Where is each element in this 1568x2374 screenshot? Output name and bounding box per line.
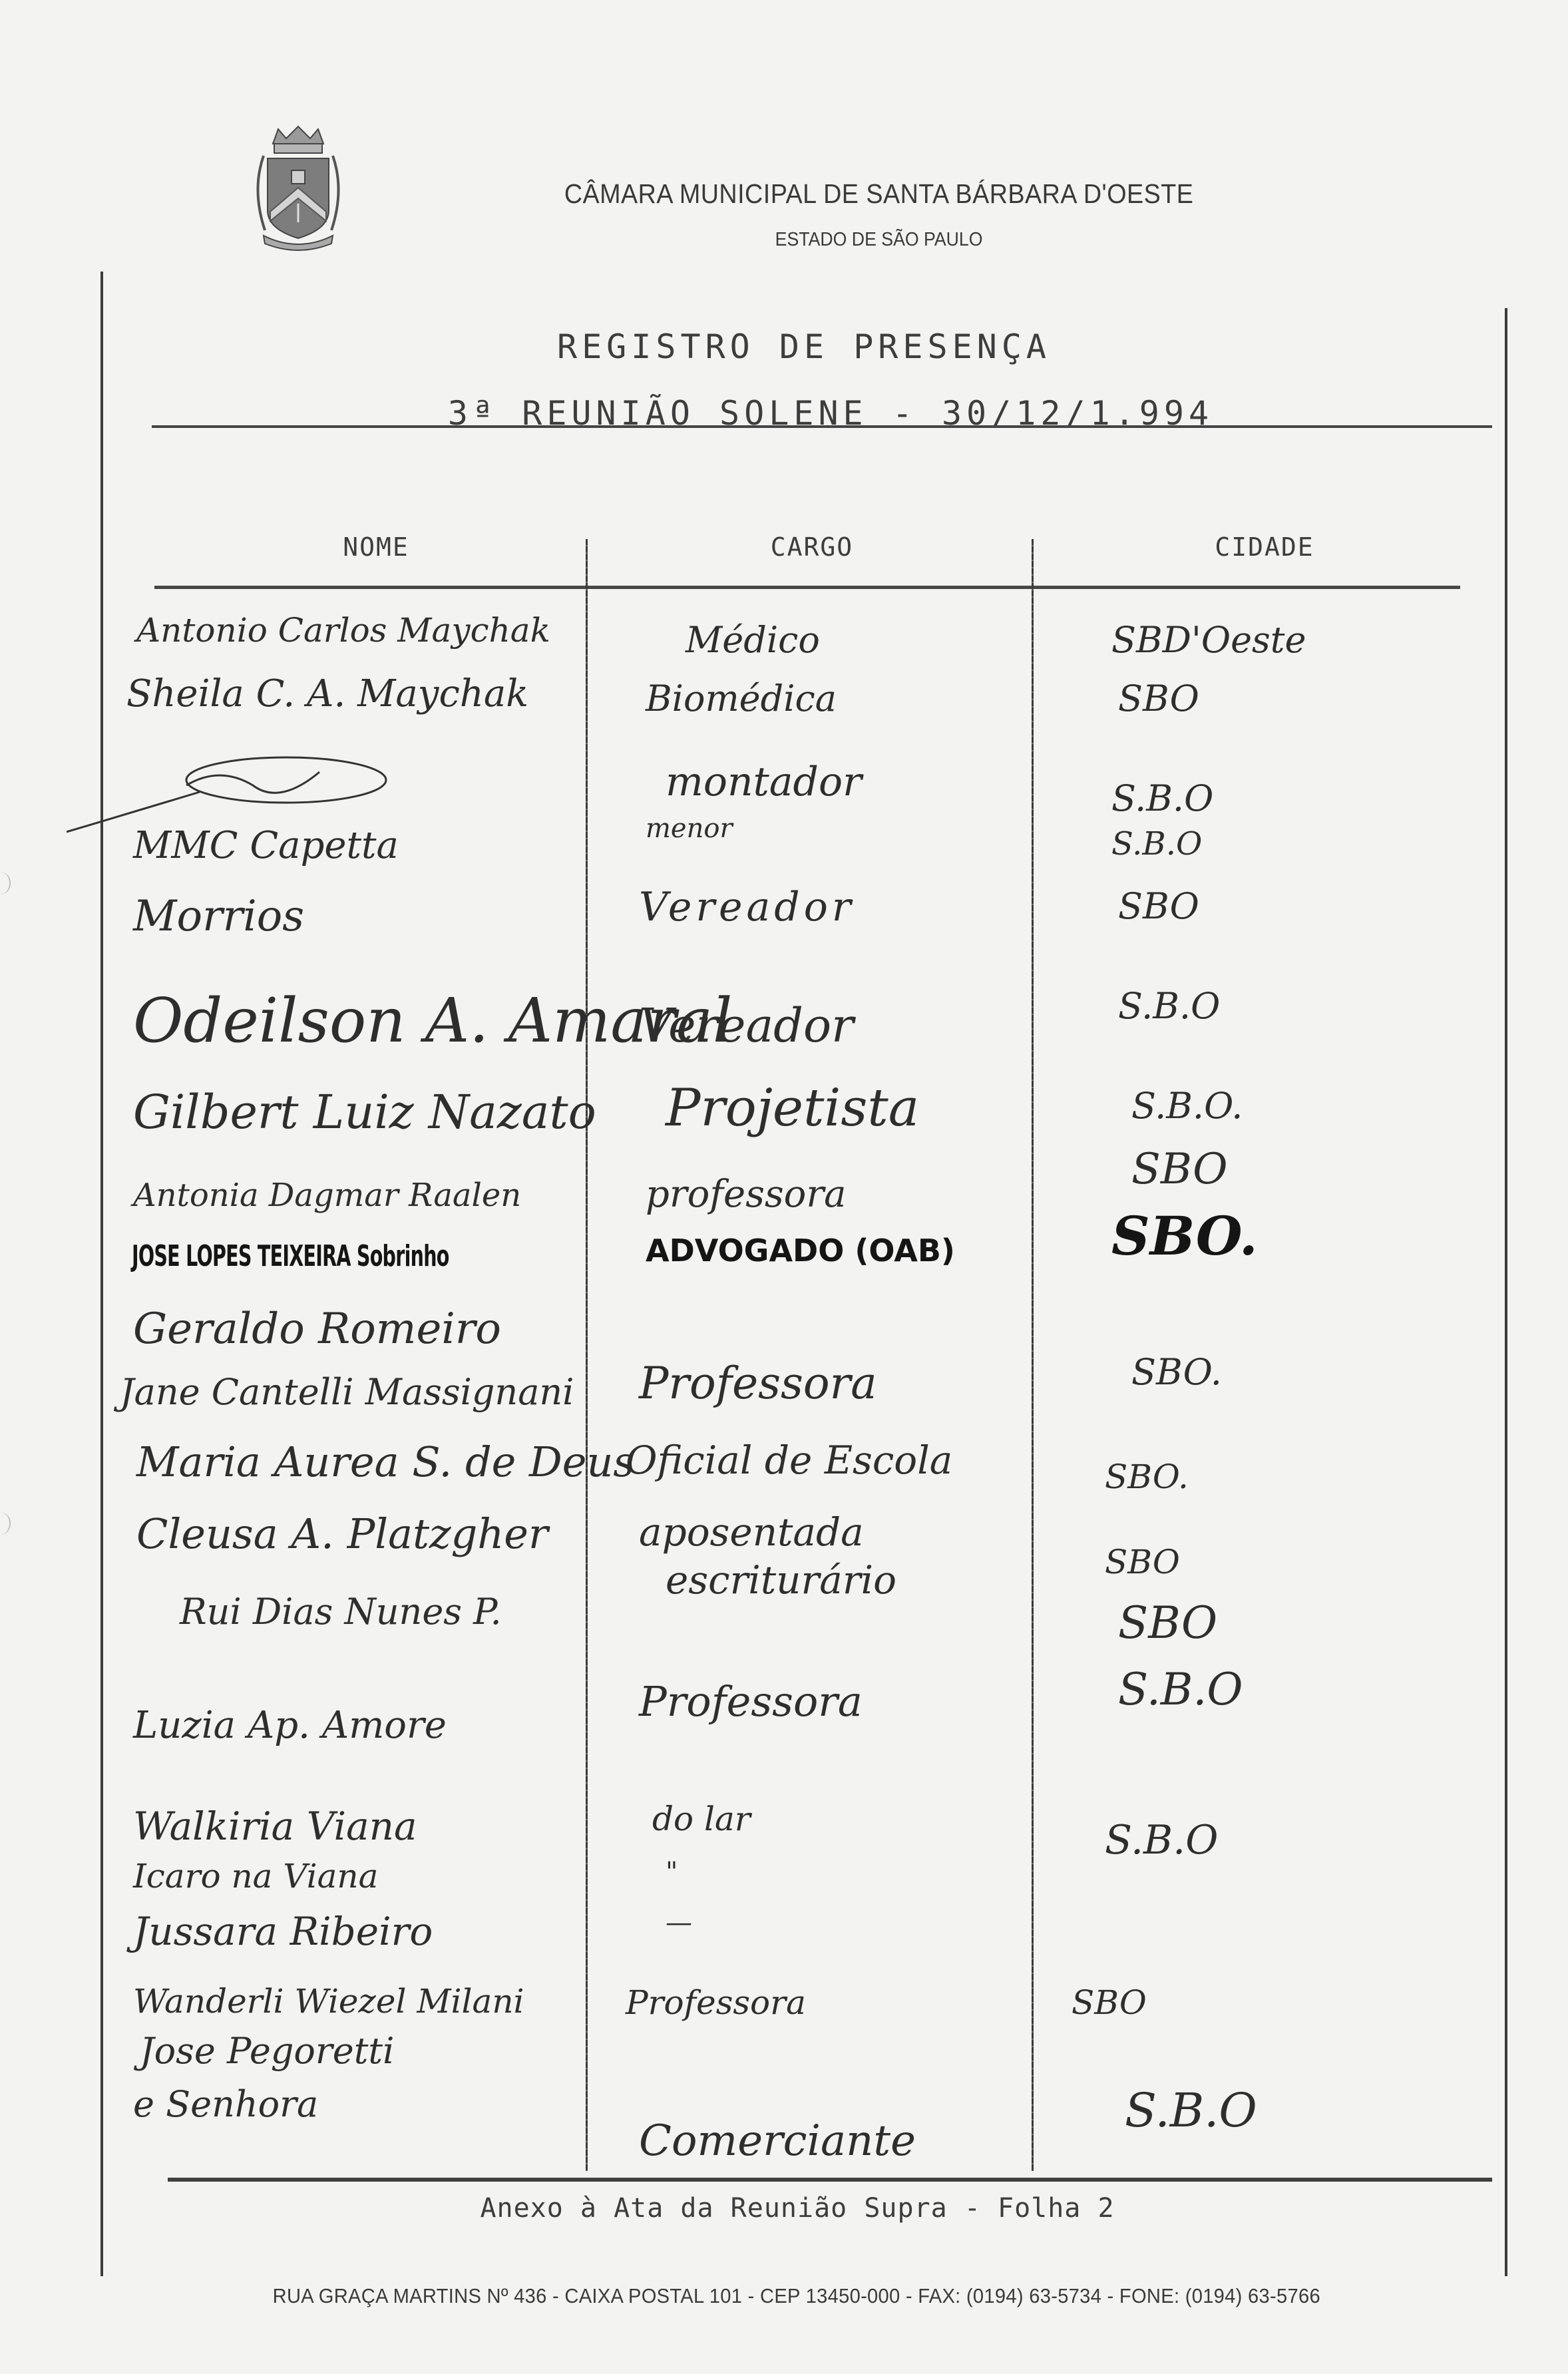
cell-nome: Jane Cantelli Massignani [120, 1371, 574, 1413]
cell-cidade: SBO. [1105, 1458, 1189, 1496]
cell-cidade: S.B.O [1118, 985, 1220, 1027]
cell-cidade: SBO [1131, 1145, 1228, 1194]
cell-cidade: SBD'Oeste [1111, 619, 1306, 661]
cell-nome: Antonia Dagmar Raalen [133, 1177, 521, 1214]
frame-border-left [100, 272, 103, 2276]
cell-cidade: S.B.O [1111, 777, 1213, 819]
session-underline [152, 425, 1492, 428]
header-rule [154, 586, 1460, 589]
cell-cargo: Projetista [666, 1078, 919, 1138]
cell-cargo: Vereador [639, 998, 854, 1053]
cell-cargo: Biomédica [646, 678, 837, 719]
cell-cidade: SBO. [1111, 1205, 1258, 1267]
cell-cargo: professora [646, 1173, 847, 1216]
cell-nome: Cleusa A. Platzgher [136, 1509, 548, 1558]
cell-cidade: SBO [1118, 1597, 1217, 1649]
cell-cargo: Médico [686, 619, 820, 661]
cell-cidade: S.B.O [1125, 2083, 1257, 2138]
cell-nome: Walkiria Viana [133, 1804, 417, 1849]
cell-nome: Jose Pegoretti [140, 2030, 394, 2072]
cell-cargo: ADVOGADO (OAB) [646, 1233, 955, 1269]
column-header-cidade: CIDADE [1131, 532, 1398, 562]
cell-cidade: S.B.O [1111, 825, 1202, 863]
cell-cargo: aposentada [639, 1509, 864, 1555]
cell-nome: Gilbert Luiz Nazato [133, 1085, 596, 1139]
address-line: RUA GRAÇA MARTINS Nº 436 - CAIXA POSTAL … [47, 2284, 1521, 2308]
cell-cargo: Professora [626, 1983, 806, 2022]
cell-nome: Jussara Ribeiro [133, 1909, 433, 1954]
cell-nome: Sheila C. A. Maychak [126, 672, 528, 715]
cell-nome: Icaro na Viana [133, 1857, 378, 1895]
punch-hole-mark [0, 872, 11, 894]
cell-cidade: S.B.O. [1131, 1085, 1243, 1127]
cell-cidade: SBO [1118, 678, 1199, 719]
cell-cidade: S.B.O [1118, 1664, 1243, 1715]
annex-note: Anexo à Ata da Reunião Supra - Folha 2 [0, 2193, 1568, 2224]
footer-rule [168, 2178, 1492, 2182]
cell-cargo: montador [666, 759, 862, 805]
cell-cidade: SBO [1105, 1543, 1180, 1581]
cell-nome: Luzia Ap. Amore [133, 1704, 447, 1747]
cell-nome: MMC Capetta [133, 824, 399, 867]
cell-cidade: SBO [1072, 1983, 1147, 2022]
cell-nome: Morrios [133, 892, 304, 941]
cell-nome: Geraldo Romeiro [133, 1304, 501, 1354]
cell-cargo: " [666, 1857, 678, 1887]
cell-cidade: SBO. [1131, 1351, 1222, 1393]
column-header-cargo: CARGO [679, 532, 945, 562]
frame-border-right [1505, 308, 1507, 2276]
column-divider [586, 539, 588, 2171]
document-title: REGISTRO DE PRESENÇA [0, 327, 1568, 366]
cell-cargo: escriturário [666, 1557, 896, 1603]
cell-nome: e Senhora [133, 2083, 318, 2125]
organization-name: CÂMARA MUNICIPAL DE SANTA BÁRBARA D'OEST… [63, 178, 1505, 210]
cell-nome: Rui Dias Nunes P. [180, 1591, 502, 1633]
cell-cargo: Vereador [639, 884, 855, 930]
cell-cargo: — [666, 1907, 692, 1938]
cell-cargo: menor [646, 813, 733, 844]
cell-nome: Wanderli Wiezel Milani [133, 1982, 524, 2021]
cell-cargo: Professora [639, 1677, 863, 1726]
punch-hole-mark [0, 1512, 11, 1535]
cell-cargo: do lar [652, 1800, 751, 1838]
column-divider [1032, 539, 1034, 2171]
cell-cargo: Comerciante [639, 2116, 916, 2166]
cell-cargo: Oficial de Escola [626, 1438, 952, 1483]
cell-nome: JOSE LOPES TEIXEIRA Sobrinho [132, 1239, 449, 1273]
cell-cidade: SBO [1118, 885, 1199, 927]
cell-nome: Antonio Carlos Maychak [136, 611, 550, 650]
cell-cidade: S.B.O [1105, 1817, 1218, 1864]
cell-cargo: Professora [639, 1358, 877, 1409]
organization-state: ESTADO DE SÃO PAULO [63, 229, 1505, 251]
cell-nome: Maria Aurea S. de Deus [136, 1438, 634, 1486]
column-header-nome: NOME [243, 532, 509, 562]
